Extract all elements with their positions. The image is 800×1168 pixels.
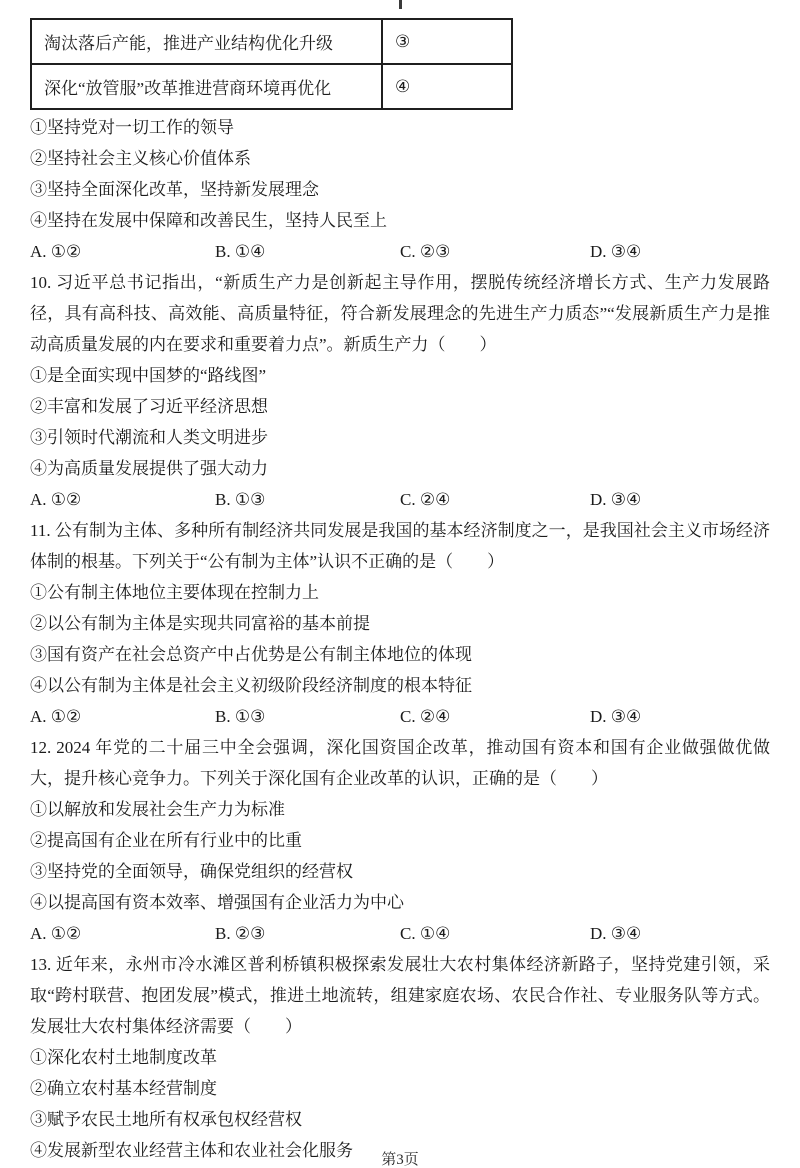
choice-d: D. ③④ bbox=[590, 484, 770, 515]
question-13: 13. 近年来，永州市冷水滩区普利桥镇积极探索发展壮大农村集体经济新路子，坚持党… bbox=[30, 949, 770, 1166]
table-cell-text: 深化“放管服”改革推进营商环境再优化 bbox=[31, 64, 382, 109]
table-cell-mark: ④ bbox=[382, 64, 512, 109]
question-stem: 13. 近年来，永州市冷水滩区普利桥镇积极探索发展壮大农村集体经济新路子，坚持党… bbox=[30, 949, 770, 1042]
question-option: ④为高质量发展提供了强大动力 bbox=[30, 453, 770, 484]
answer-choices: A. ①② B. ①④ C. ②③ D. ③④ bbox=[30, 236, 770, 267]
choice-c: C. ②③ bbox=[400, 236, 590, 267]
choice-c: C. ①④ bbox=[400, 918, 590, 949]
choice-d: D. ③④ bbox=[590, 236, 770, 267]
question-option: ①以解放和发展社会生产力为标准 bbox=[30, 794, 770, 825]
choice-a: A. ①② bbox=[30, 918, 215, 949]
question-12: 12. 2024 年党的二十届三中全会强调，深化国资国企改革，推动国有资本和国有… bbox=[30, 732, 770, 949]
question-option: ②确立农村基本经营制度 bbox=[30, 1073, 770, 1104]
question-option: ①深化农村土地制度改革 bbox=[30, 1042, 770, 1073]
question-10: 10. 习近平总书记指出，“新质生产力是创新起主导作用，摆脱传统经济增长方式、生… bbox=[30, 267, 770, 515]
question-option: ①坚持党对一切工作的领导 bbox=[30, 112, 770, 143]
question-option: ③引领时代潮流和人类文明进步 bbox=[30, 422, 770, 453]
page-top-crop-mark bbox=[399, 0, 402, 9]
choice-a: A. ①② bbox=[30, 701, 215, 732]
answer-choices: A. ①② B. ①③ C. ②④ D. ③④ bbox=[30, 701, 770, 732]
page-footer: 第3页 bbox=[0, 1148, 800, 1168]
answer-choices: A. ①② B. ①③ C. ②④ D. ③④ bbox=[30, 484, 770, 515]
choice-b: B. ①③ bbox=[215, 701, 400, 732]
question-option: ④以公有制为主体是社会主义初级阶段经济制度的根本特征 bbox=[30, 670, 770, 701]
question-option: ②丰富和发展了习近平经济思想 bbox=[30, 391, 770, 422]
question-option: ②坚持社会主义核心价值体系 bbox=[30, 143, 770, 174]
choice-b: B. ①③ bbox=[215, 484, 400, 515]
question-option: ①公有制主体地位主要体现在控制力上 bbox=[30, 577, 770, 608]
question-option: ③赋予农民土地所有权承包权经营权 bbox=[30, 1104, 770, 1135]
choice-c: C. ②④ bbox=[400, 484, 590, 515]
context-table: 淘汰落后产能，推进产业结构优化升级 ③ 深化“放管服”改革推进营商环境再优化 ④ bbox=[30, 18, 513, 110]
choice-d: D. ③④ bbox=[590, 918, 770, 949]
question-option: ②提高国有企业在所有行业中的比重 bbox=[30, 825, 770, 856]
table-row: 深化“放管服”改革推进营商环境再优化 ④ bbox=[31, 64, 512, 109]
question-option: ③坚持党的全面领导，确保党组织的经营权 bbox=[30, 856, 770, 887]
question-stem: 11. 公有制为主体、多种所有制经济共同发展是我国的基本经济制度之一，是我国社会… bbox=[30, 515, 770, 577]
question-9-continuation: ①坚持党对一切工作的领导 ②坚持社会主义核心价值体系 ③坚持全面深化改革，坚持新… bbox=[30, 112, 770, 267]
question-option: ③国有资产在社会总资产中占优势是公有制主体地位的体现 bbox=[30, 639, 770, 670]
table-row: 淘汰落后产能，推进产业结构优化升级 ③ bbox=[31, 19, 512, 64]
question-option: ②以公有制为主体是实现共同富裕的基本前提 bbox=[30, 608, 770, 639]
table-cell-mark: ③ bbox=[382, 19, 512, 64]
choice-b: B. ②③ bbox=[215, 918, 400, 949]
question-option: ①是全面实现中国梦的“路线图” bbox=[30, 360, 770, 391]
exam-page: 淘汰落后产能，推进产业结构优化升级 ③ 深化“放管服”改革推进营商环境再优化 ④… bbox=[0, 0, 800, 1168]
choice-c: C. ②④ bbox=[400, 701, 590, 732]
question-11: 11. 公有制为主体、多种所有制经济共同发展是我国的基本经济制度之一，是我国社会… bbox=[30, 515, 770, 732]
question-option: ④坚持在发展中保障和改善民生，坚持人民至上 bbox=[30, 205, 770, 236]
choice-a: A. ①② bbox=[30, 236, 215, 267]
question-option: ③坚持全面深化改革，坚持新发展理念 bbox=[30, 174, 770, 205]
page-content: 淘汰落后产能，推进产业结构优化升级 ③ 深化“放管服”改革推进营商环境再优化 ④… bbox=[30, 18, 770, 1166]
choice-a: A. ①② bbox=[30, 484, 215, 515]
question-option: ④以提高国有资本效率、增强国有企业活力为中心 bbox=[30, 887, 770, 918]
question-stem: 12. 2024 年党的二十届三中全会强调，深化国资国企改革，推动国有资本和国有… bbox=[30, 732, 770, 794]
table-cell-text: 淘汰落后产能，推进产业结构优化升级 bbox=[31, 19, 382, 64]
choice-d: D. ③④ bbox=[590, 701, 770, 732]
question-stem: 10. 习近平总书记指出，“新质生产力是创新起主导作用，摆脱传统经济增长方式、生… bbox=[30, 267, 770, 360]
answer-choices: A. ①② B. ②③ C. ①④ D. ③④ bbox=[30, 918, 770, 949]
choice-b: B. ①④ bbox=[215, 236, 400, 267]
